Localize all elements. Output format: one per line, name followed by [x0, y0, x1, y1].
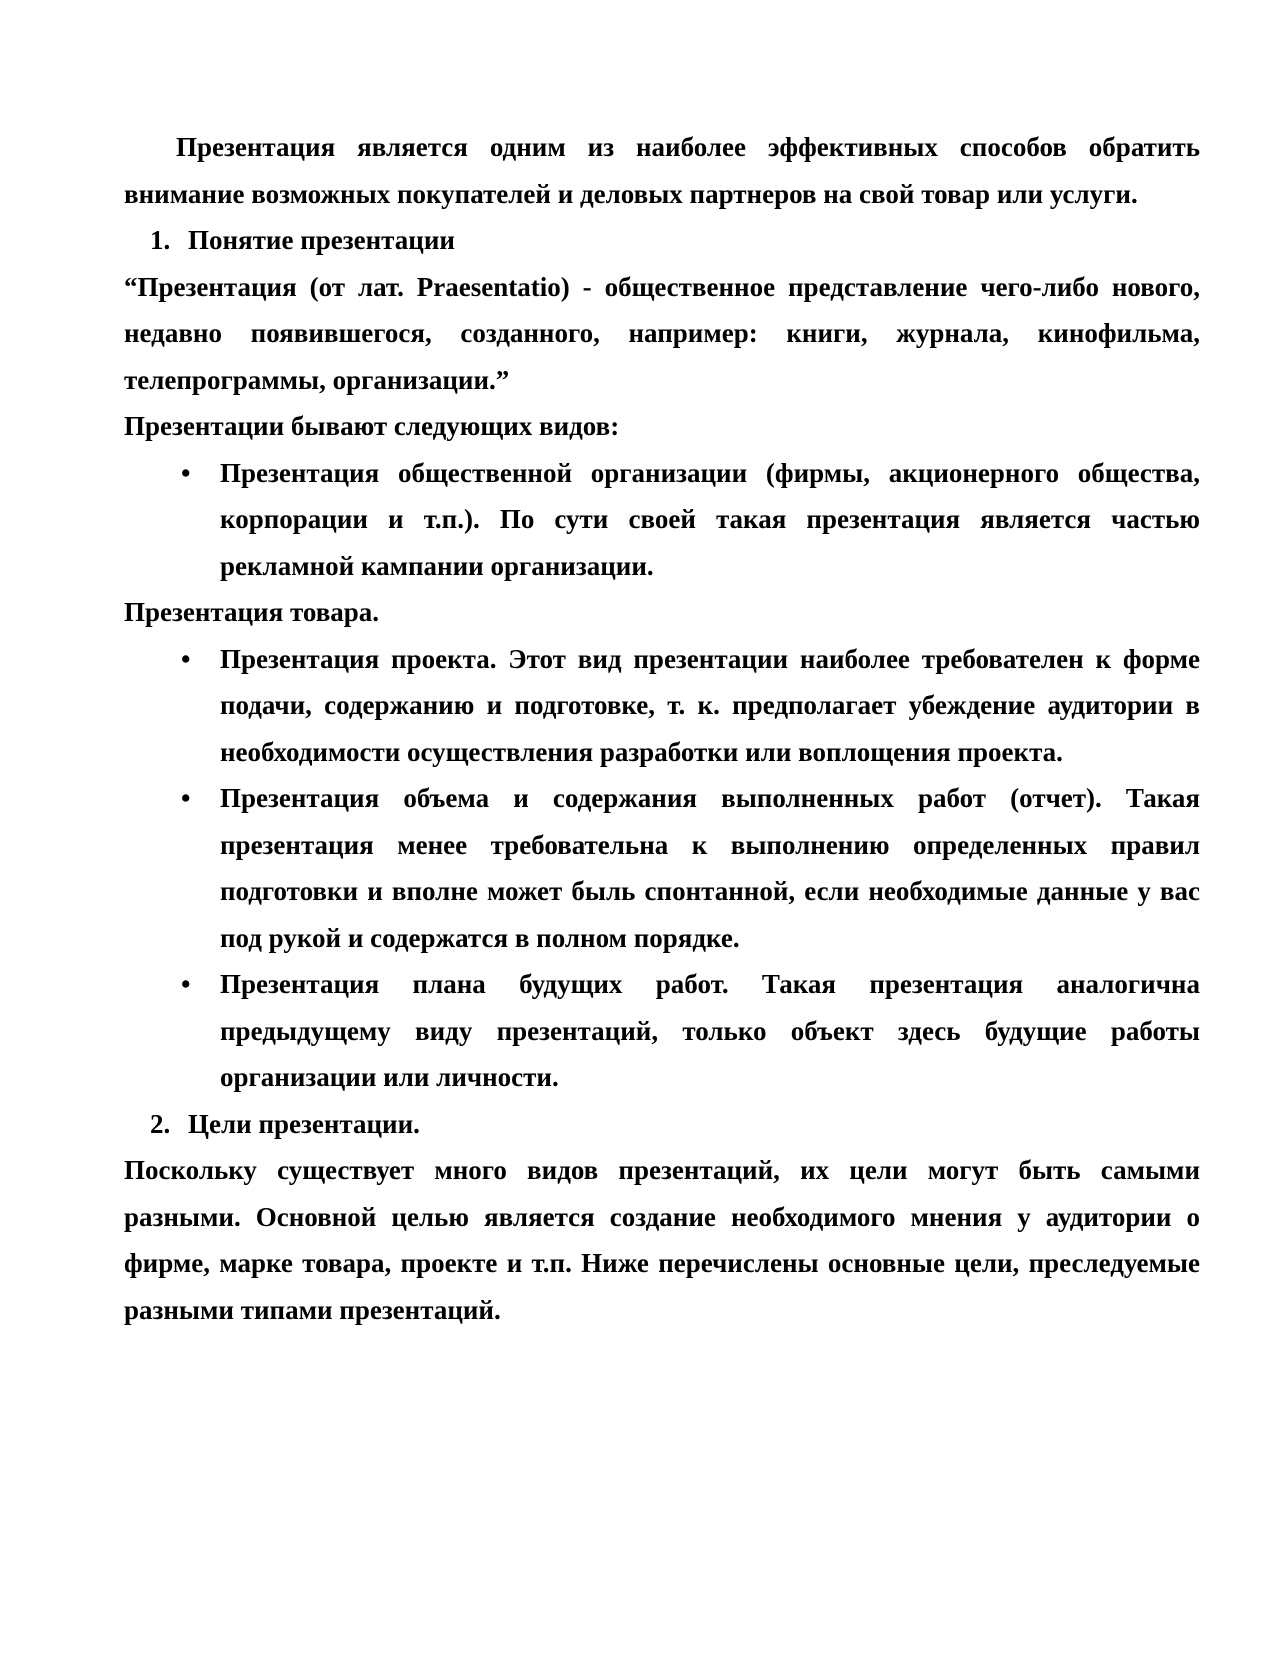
types-heading: Презентации бывают следующих видов:: [124, 403, 1200, 450]
bullet-icon: •: [181, 961, 190, 1008]
list-item-text: Презентация общественной организации (фи…: [220, 458, 1200, 581]
section-1-title: Понятие презентации: [188, 225, 455, 255]
bullet-icon: •: [181, 775, 190, 822]
document-page: Презентация является одним из наиболее э…: [0, 0, 1280, 1656]
list-item-text: Презентация объема и содержания выполнен…: [220, 783, 1200, 953]
section-1-number: 1.: [150, 217, 188, 264]
list-item: • Презентация проекта. Этот вид презента…: [220, 636, 1200, 776]
bullet-icon: •: [181, 450, 190, 497]
definition-quote-paragraph: “Презентация (от лат. Praesentatio) - об…: [124, 264, 1200, 404]
bullet-icon: •: [181, 636, 190, 683]
list-item: • Презентация плана будущих работ. Такая…: [220, 961, 1200, 1101]
section-2-title: Цели презентации.: [188, 1109, 420, 1139]
list-item: • Презентация общественной организации (…: [220, 450, 1200, 590]
list-item-text: Презентация плана будущих работ. Такая п…: [220, 969, 1200, 1092]
list-item-text: Презентация проекта. Этот вид презентаци…: [220, 644, 1200, 767]
closing-paragraph: Поскольку существует много видов презент…: [124, 1147, 1200, 1333]
intro-paragraph: Презентация является одним из наиболее э…: [124, 124, 1200, 217]
list-item: • Презентация объема и содержания выполн…: [220, 775, 1200, 961]
section-2-heading: 2.Цели презентации.: [150, 1101, 1200, 1148]
section-2-number: 2.: [150, 1101, 188, 1148]
product-presentation-line: Презентация товара.: [124, 589, 1200, 636]
section-1-heading: 1.Понятие презентации: [150, 217, 1200, 264]
